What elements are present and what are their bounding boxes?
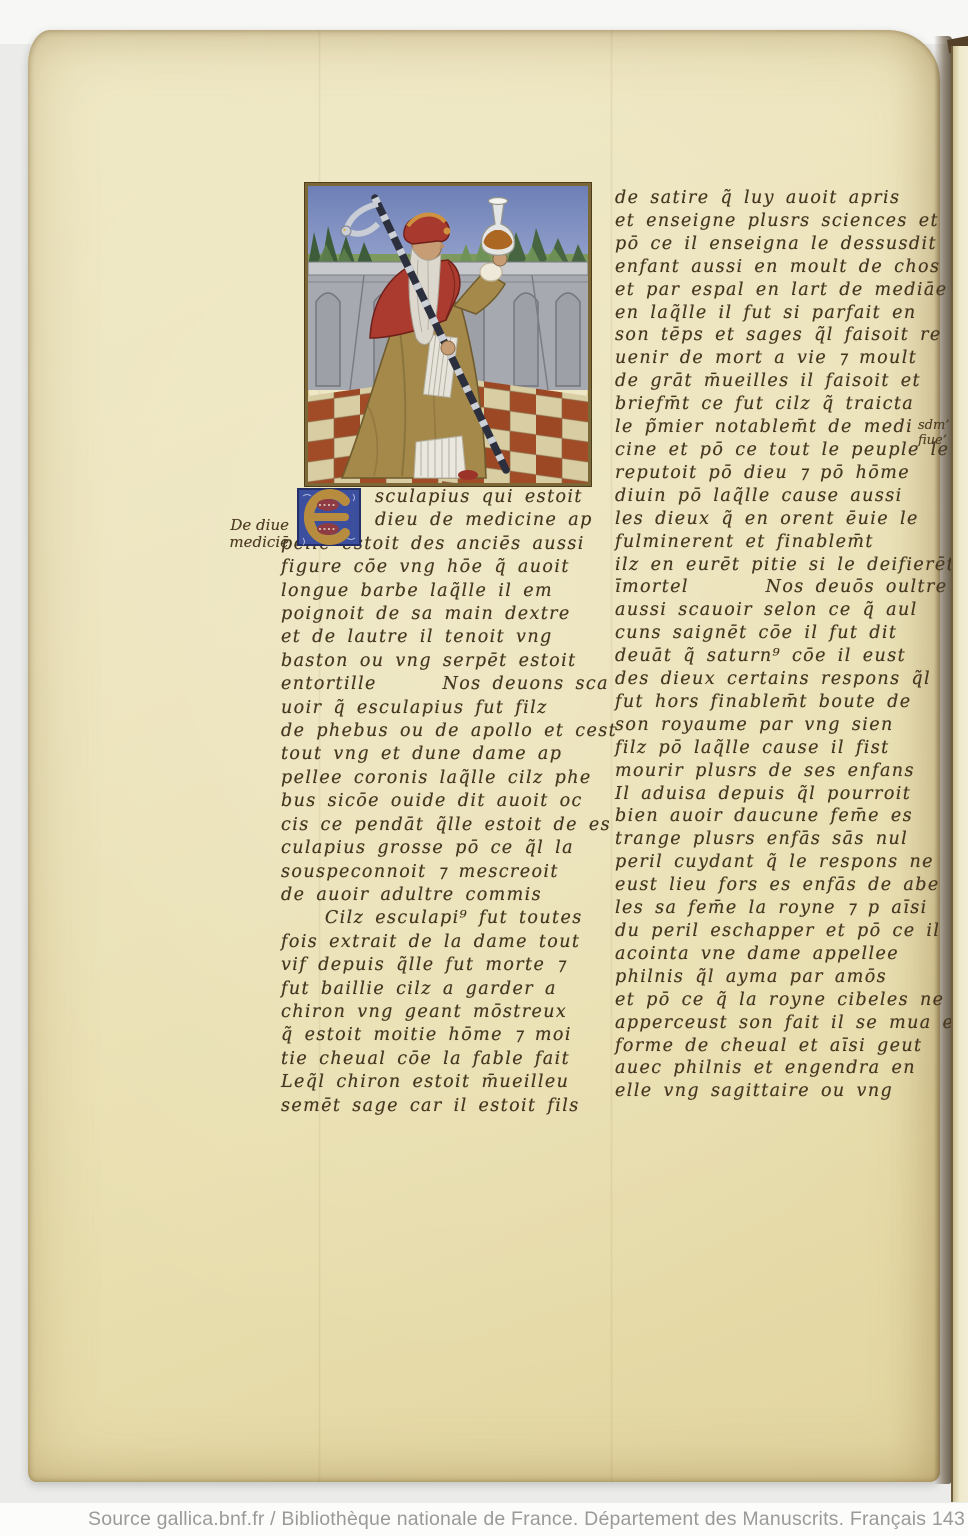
text-line: īmortel Nos deuōs oultre <box>615 576 927 599</box>
text-line: et par espal en lart de mediāe <box>615 279 927 302</box>
text-line: fulminerent et finablem̄t <box>615 531 927 554</box>
text-line: pellee coronis laq̃lle cilz phe <box>281 767 615 790</box>
text-line: aussi scauoir selon ce q̃ aul <box>615 599 927 622</box>
text-line: apperceust son fait il se mua en <box>615 1012 927 1035</box>
text-line: tout vng et dune dame ap <box>281 743 615 766</box>
text-line: uenir de mort a vie ⁊ moult <box>615 347 927 370</box>
text-line: eust lieu fors es enfās de abe <box>615 874 927 897</box>
text-line: uoir q̃ esculapius fut filz <box>281 697 615 720</box>
text-line: Leq̃l chiron estoit m̄ueilleu <box>281 1071 615 1094</box>
text-line: fois extrait de la dame tout <box>281 931 615 954</box>
text-line: Cilz esculapi⁹ fut toutes <box>281 907 615 930</box>
text-line: enfant aussi en moult de chos <box>615 256 927 279</box>
text-line: poignoit de sa main dextre <box>281 603 615 626</box>
text-line: et pō ce q̃ la royne cibeles ne <box>615 989 927 1012</box>
text-line: baston ou vng serpēt estoit <box>281 650 615 673</box>
text-line: des dieux certains respons q̃l <box>615 668 927 691</box>
text-line: semēt sage car il estoit fils <box>281 1095 615 1118</box>
text-line: cis ce pendāt q̃lle estoit de es <box>281 814 615 837</box>
text-line: bien auoir daucune fem̄e es <box>615 805 927 828</box>
text-line: philnis q̃l ayma par amōs <box>615 966 927 989</box>
text-line: et enseigne plusrs sciences et <box>615 210 927 233</box>
text-line: acointa vne dame appellee <box>615 943 927 966</box>
text-line: bus sicōe ouide dit auoit oc <box>281 790 615 813</box>
text-line: de phebus ou de apollo et cest <box>281 720 615 743</box>
text-line: fut baillie cilz a garder a <box>281 978 615 1001</box>
text-line: du peril eschapper et pō ce il <box>615 920 927 943</box>
text-line: de satire q̃ luy auoit apris <box>615 187 927 210</box>
text-line: longue barbe laq̃lle il em <box>281 580 615 603</box>
text-line: tie cheual cōe la fable fait <box>281 1048 615 1071</box>
text-line: chiron vng geant mōstreux <box>281 1001 615 1024</box>
text-line: deuāt q̃ saturn⁹ cōe il eust <box>615 645 927 668</box>
text-line: filz pō laq̃lle cause il fist <box>615 737 927 760</box>
text-line: son tēps et sages q̃l faisoit re <box>615 324 927 347</box>
margin-note-line: mediciē <box>193 534 289 551</box>
margin-note-line: De diue <box>193 517 289 534</box>
text-line: les sa fem̄e la royne ⁊ p aīsi <box>615 897 927 920</box>
book-gutter-shadow <box>934 36 952 1484</box>
text-line: entortille Nos deuons sca <box>281 673 615 696</box>
serpent-head <box>341 226 351 236</box>
text-line: q̃ estoit moitie hōme ⁊ moi <box>281 1024 615 1047</box>
text-column-left: sculapius qui estoitdieu de medicine app… <box>281 486 615 1118</box>
text-line: mourir plusrs de ses enfans <box>615 760 927 783</box>
text-line: auec philnis et engendra en <box>615 1057 927 1080</box>
text-line: trange plusrs enfās sās nul <box>615 828 927 851</box>
margin-note-left: De diue mediciē <box>193 517 289 551</box>
attribution-text: Source gallica.bnf.fr / Bibliothèque nat… <box>88 1508 968 1531</box>
text-line: figure cōe vng hōe q̃ auoit <box>281 556 615 579</box>
manuscript-page: De diue mediciē sdm’ fiue’ sculapius qui… <box>28 30 940 1482</box>
text-line: souspeconnoit ⁊ mescreoit <box>281 861 615 884</box>
text-line: le p̃mier notablem̄t de medi <box>615 416 927 439</box>
text-line: culapius grosse pō ce q̃l la <box>281 837 615 860</box>
text-line: pō ce il enseigna le dessusdit <box>615 233 927 256</box>
text-line: de auoir adultre commis <box>281 884 615 907</box>
text-line: briefm̄t ce fut cilz q̃ traicta <box>615 393 927 416</box>
next-page-edge <box>951 46 968 1502</box>
text-line: forme de cheual et aīsi geut <box>615 1035 927 1058</box>
text-line: peril cuydant q̃ le respons ne <box>615 851 927 874</box>
text-line: fut hors finablem̄t boute de <box>615 691 927 714</box>
text-line: elle vng sagittaire ou vng <box>615 1080 927 1103</box>
text-line: de grāt m̄ueilles il faisoit et <box>615 370 927 393</box>
illuminated-initial <box>297 488 361 532</box>
white-hem <box>414 436 466 478</box>
text-line: les dieux q̃ en orent ēuie le <box>615 508 927 531</box>
red-shoe <box>458 470 478 480</box>
text-line: cuns saignēt cōe il fut dit <box>615 622 927 645</box>
text-line: ilz en eurēt pitie si le deifierēt <box>615 554 927 577</box>
text-line: et de lautre il tenoit vng <box>281 626 615 649</box>
text-line: cine et pō ce tout le peuple le <box>615 439 927 462</box>
hand-on-staff <box>441 341 455 355</box>
text-line: vif depuis q̃lle fut morte ⁊ <box>281 954 615 977</box>
miniature-esculape <box>305 183 591 486</box>
attribution-bar: Source gallica.bnf.fr / Bibliothèque nat… <box>0 1503 968 1536</box>
text-line: en laq̃lle il fut si parfait en <box>615 302 927 325</box>
text-column-right: de satire q̃ luy auoit apriset enseigne … <box>615 187 927 1103</box>
miniature-painting <box>308 186 588 483</box>
text-line: diuin pō laq̃lle cause aussi <box>615 485 927 508</box>
text-line: son royaume par vng sien <box>615 714 927 737</box>
text-line: reputoit pō dieu ⁊ pō hōme <box>615 462 927 485</box>
text-line: Il aduisa depuis q̃l pourroit <box>615 783 927 806</box>
